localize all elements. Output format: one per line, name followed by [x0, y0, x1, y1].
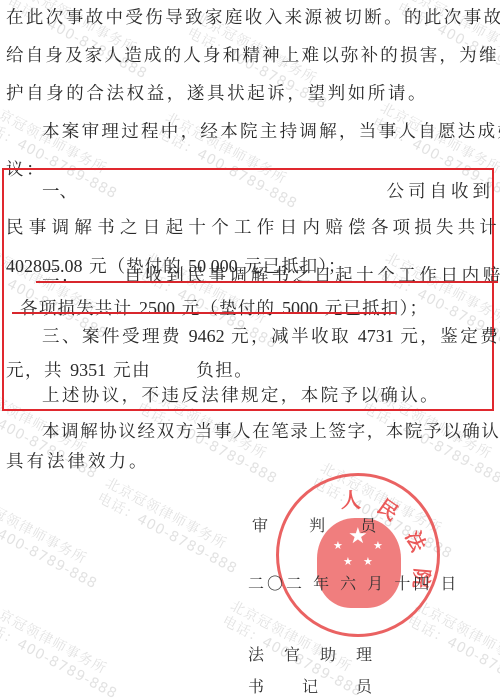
item-label: 一、: [6, 180, 77, 204]
watermark: 北京冠领律师事务所电话：400-8789-888: [94, 475, 248, 578]
judge-signature: 审 判 员: [252, 515, 376, 537]
text: 元由: [113, 361, 151, 381]
item-3-text: 三、案件受理费 9462 元，减半收取 4731 元，鉴定费: [6, 324, 500, 348]
court-seal: ★ ★ ★ ★ ★ 人 民 法 院: [276, 473, 440, 637]
text: 各项损失共计: [20, 299, 132, 319]
text: 书: [248, 676, 264, 698]
agreement-item-1-line2: 民事调解书之日起十个工作日内赔偿 各项损失共计: [6, 216, 494, 240]
text: 民事调解书之日起十个工作日内赔偿: [6, 216, 371, 240]
judge-assistant-signature: 法 官 助 理: [248, 644, 372, 666]
text: 员: [356, 676, 372, 698]
confirmation-line: 上述协议，不违反法律规定，本院予以确认。: [6, 384, 494, 408]
agreement-item-1: 一、 公司自收到: [6, 180, 494, 204]
item-label: 二.: [42, 264, 70, 288]
text: 元，共: [6, 361, 63, 381]
amount: 2500: [139, 298, 175, 318]
document-page: 北京冠领律师事务所电话：400-8789-888 北京冠领律师事务所电话：400…: [0, 0, 500, 700]
text: 元，鉴定费: [400, 325, 500, 349]
paragraph-line: 本案审理过程中，经本院主持调解，当事人自愿达成如下协: [6, 120, 494, 144]
text: 元已抵扣）；: [325, 299, 428, 319]
text: 在此次事故中受伤导致家庭收入来源被切断。: [6, 6, 404, 30]
star-icon: ★: [343, 556, 353, 567]
underline: [36, 281, 498, 283]
text: 各项损失共计: [371, 216, 500, 240]
watermark: 北京冠领律师事务所电话：400-8789-888: [0, 490, 108, 593]
paragraph-line: 在此次事故中受伤导致家庭收入来源被切断。 的此次事故: [6, 6, 494, 30]
underline: [12, 312, 396, 314]
clerk-signature: 书 记 员: [248, 676, 372, 698]
agreement-item-2-line1: 二. 自收到民事调解书之日起十个工作日内赔偿: [6, 264, 494, 288]
seal-arc-text: 人: [341, 484, 361, 513]
text: 负担。: [196, 361, 253, 381]
closing-line: 本调解协议经双方当事人在笔录上签字，本院予以确认后即: [6, 420, 494, 444]
star-icon: ★: [363, 556, 373, 567]
text: 法: [248, 644, 264, 666]
text: 为维: [459, 44, 499, 68]
watermark: 北京冠领律师事务所电话：400-8789-888: [0, 600, 128, 700]
text: 自收到民事调解书之日起十个工作日内赔偿: [124, 264, 500, 288]
advance-amount: 5000: [282, 298, 318, 318]
reduced-fee: 4731: [358, 324, 394, 348]
paragraph-line: 护自身的合法权益，遂具状起诉，望判如所请。: [6, 82, 494, 106]
closing-line: 具有法律效力。: [6, 450, 494, 474]
agreement-item-3-line2: 元，共 9351 元由 负担。: [6, 358, 494, 382]
text: 元（垫付的: [182, 299, 276, 319]
text: 官: [284, 644, 300, 666]
text: 记: [302, 676, 318, 698]
filing-fee: 9462: [189, 324, 225, 348]
agreement-item-3: 三、案件受理费 9462 元，减半收取 4731 元，鉴定费 4620: [6, 324, 494, 348]
paragraph-line: 给自身及家人造成的人身和精神上难以弥补的损害， 为维: [6, 44, 494, 68]
text: 公司自收到: [387, 180, 495, 204]
seal-arc-text: 法: [400, 525, 435, 555]
text: 审: [252, 516, 268, 535]
date-line: 二〇二 年 六 月 十四 日: [248, 573, 459, 595]
agreement-item-2-line2: 各项损失共计 2500 元（垫付的 5000 元已抵扣）；: [20, 296, 500, 320]
text: 理: [356, 644, 372, 666]
text: 员: [360, 516, 376, 535]
watermark: 北京冠领律师事务所电话：400-8789-888: [404, 598, 500, 700]
text: 判: [309, 516, 325, 535]
text: 助: [320, 644, 336, 666]
text: 给自身及家人造成的人身和精神上难以弥补的损害，: [6, 44, 459, 68]
text: 元，减半收取: [231, 325, 351, 349]
star-icon: ★: [333, 540, 343, 551]
total-fee: 9351: [70, 360, 106, 380]
text: 的此次事故: [404, 6, 500, 30]
text: 三、案件受理费: [42, 325, 182, 349]
star-icon: ★: [373, 540, 383, 551]
